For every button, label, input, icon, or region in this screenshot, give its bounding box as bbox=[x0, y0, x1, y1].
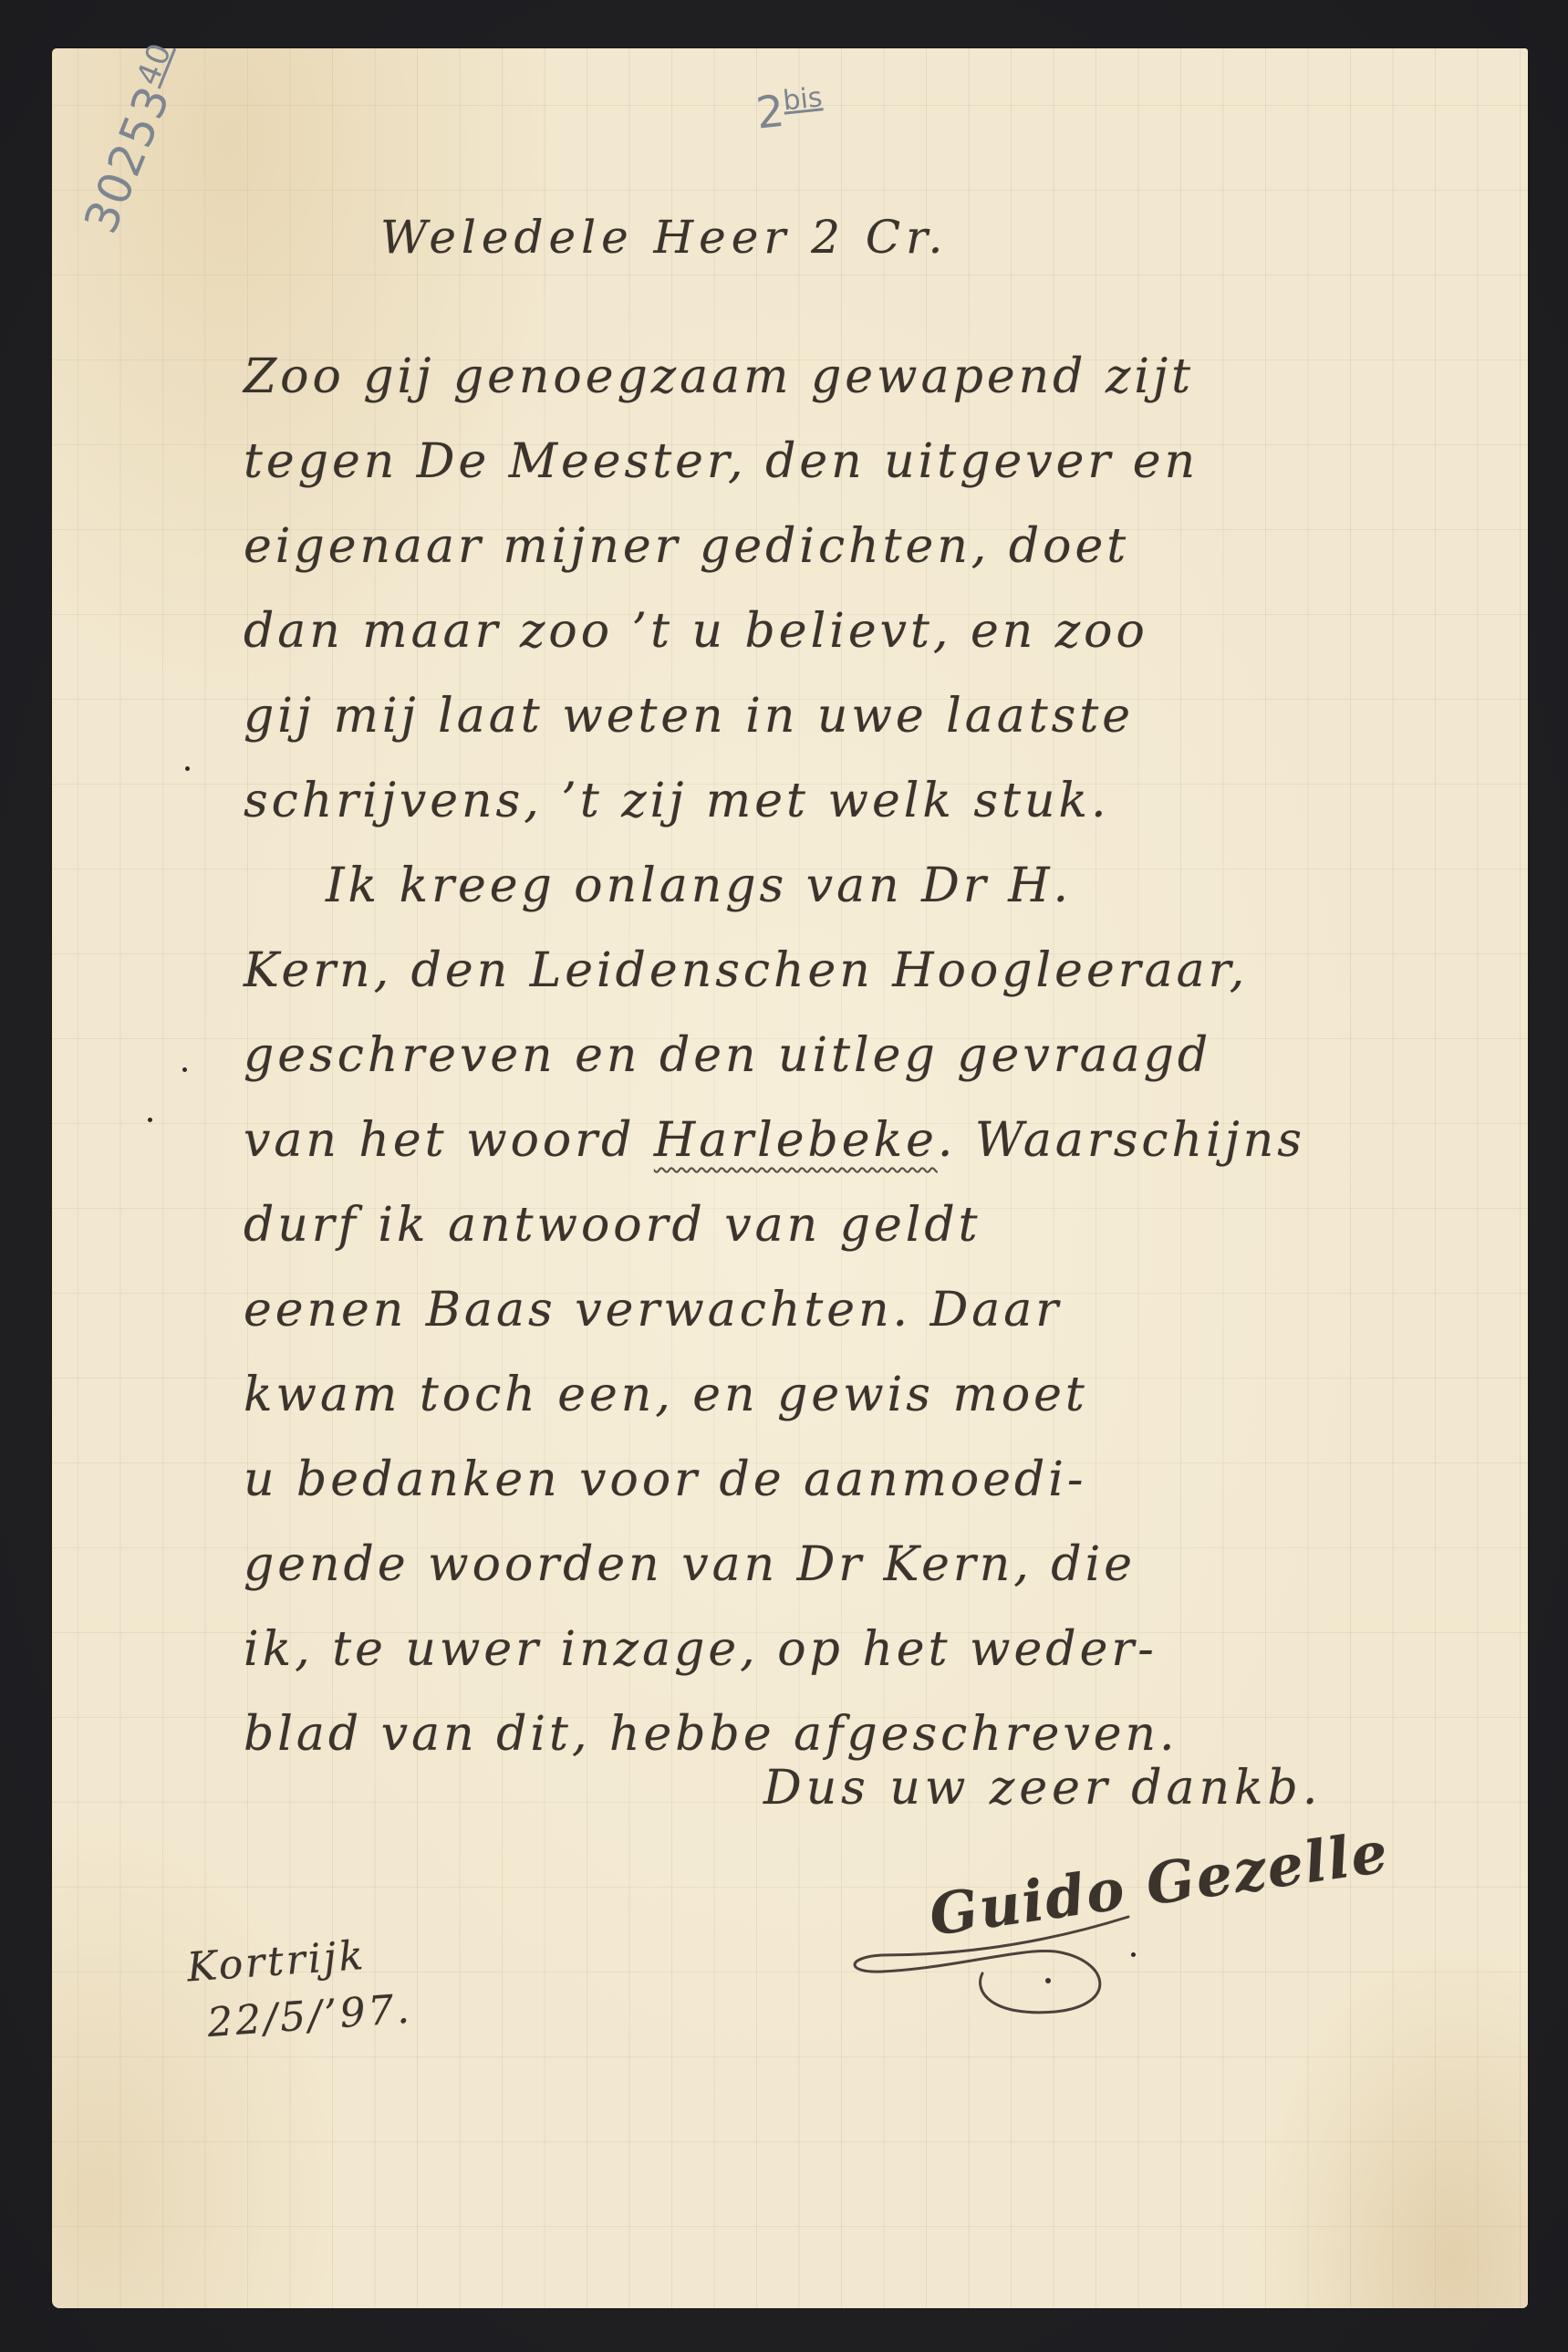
letter-line-8: Kern, den Leidenschen Hoogleeraar, bbox=[244, 943, 1248, 998]
signature-flourish-icon bbox=[846, 1910, 1137, 2019]
letter-line-13: kwam toch een, en gewis moet bbox=[244, 1368, 1088, 1422]
letter-line-5: gij mij laat weten in uwe laatste bbox=[244, 689, 1134, 744]
letter-line-6: schrijvens, ’t zij met welk stuk. bbox=[244, 774, 1110, 828]
letter-line-12: eenen Baas verwachten. Daar bbox=[244, 1283, 1062, 1337]
letter-line-1: Zoo gij genoegzaam gewapend zijt bbox=[244, 349, 1194, 404]
line-10-after: . Waarschijns bbox=[938, 1113, 1305, 1168]
letter-line-15: gende woorden van Dr Kern, die bbox=[244, 1537, 1136, 1592]
archive-number-value: 30253 bbox=[74, 78, 181, 240]
letter-line-3: eigenaar mijner gedichten, doet bbox=[244, 519, 1129, 574]
margin-dot bbox=[1131, 1952, 1136, 1957]
margin-dot bbox=[182, 1067, 187, 1072]
letter-line-2: tegen De Meester, den uitgever en bbox=[244, 434, 1199, 489]
letter-line-10: van het woord Harlebeke. Waarschijns bbox=[244, 1113, 1305, 1168]
letter-sheet: 3025340 2bis Weledele Heer 2 Cr. Zoo gij… bbox=[52, 48, 1528, 2308]
closing-phrase: Dus uw zeer dankb. bbox=[763, 1761, 1322, 1816]
underlined-place-name: Harlebeke bbox=[654, 1113, 938, 1168]
letter-line-17: blad van dit, hebbe afgeschreven. bbox=[244, 1707, 1179, 1762]
letter-line-4: dan maar zoo ’t u believt, en zoo bbox=[244, 604, 1148, 659]
archive-number: 3025340 bbox=[72, 36, 197, 240]
page-mark-suffix: bis bbox=[782, 81, 824, 117]
place-and-date: Kortrijk 22/5/’97. bbox=[185, 1925, 414, 2054]
letter-line-11: durf ik antwoord van geldt bbox=[244, 1198, 981, 1253]
line-10-before: van het woord bbox=[244, 1113, 654, 1168]
letter-line-16: ik, te uwer inzage, op het weder- bbox=[244, 1622, 1158, 1677]
letter-line-14: u bedanken voor de aanmoedi- bbox=[244, 1452, 1087, 1507]
margin-dot bbox=[148, 1118, 152, 1122]
margin-dot bbox=[185, 766, 190, 771]
letter-line-7: Ik kreeg onlangs van Dr H. bbox=[326, 859, 1072, 913]
salutation: Weledele Heer 2 Cr. bbox=[380, 211, 948, 264]
page-mark: 2bis bbox=[753, 81, 826, 139]
letter-line-9: geschreven en den uitleg gevraagd bbox=[244, 1028, 1211, 1083]
